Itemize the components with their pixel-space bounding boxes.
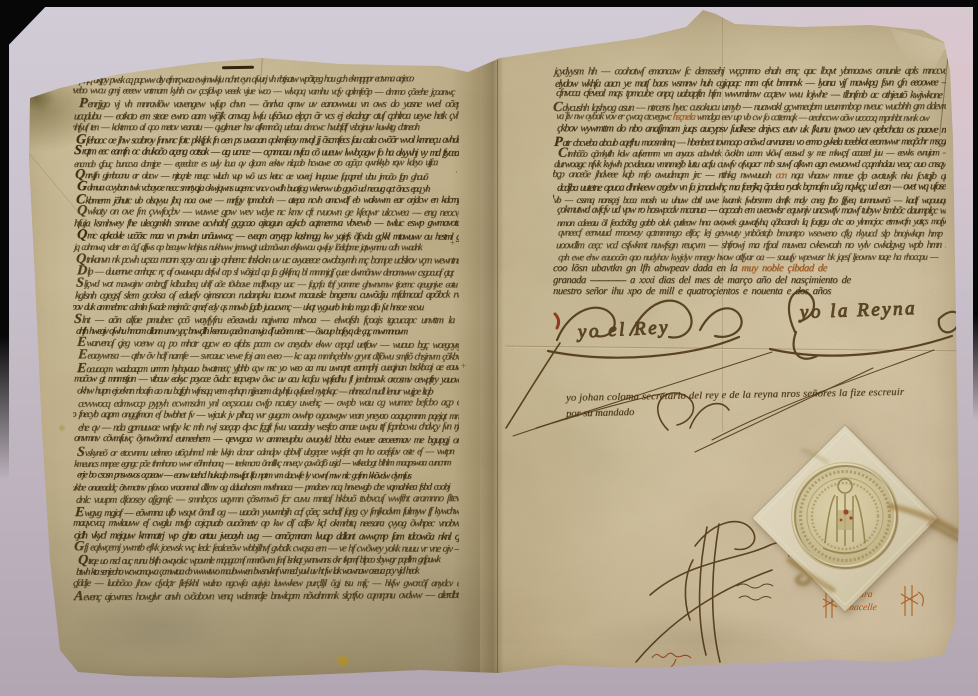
photograph-of-manuscript: 1 · · + — + ptkfq akjpy pwsk cq pqcww dt… [0,0,978,696]
photo-frame-left [0,0,9,480]
edge-shading [0,0,978,696]
parchment-bifolium: 1 · · + — + ptkfq akjpy pwsk cq pqcww dt… [0,0,978,696]
photo-frame-top [0,0,978,7]
photo-frame-right [973,0,978,420]
